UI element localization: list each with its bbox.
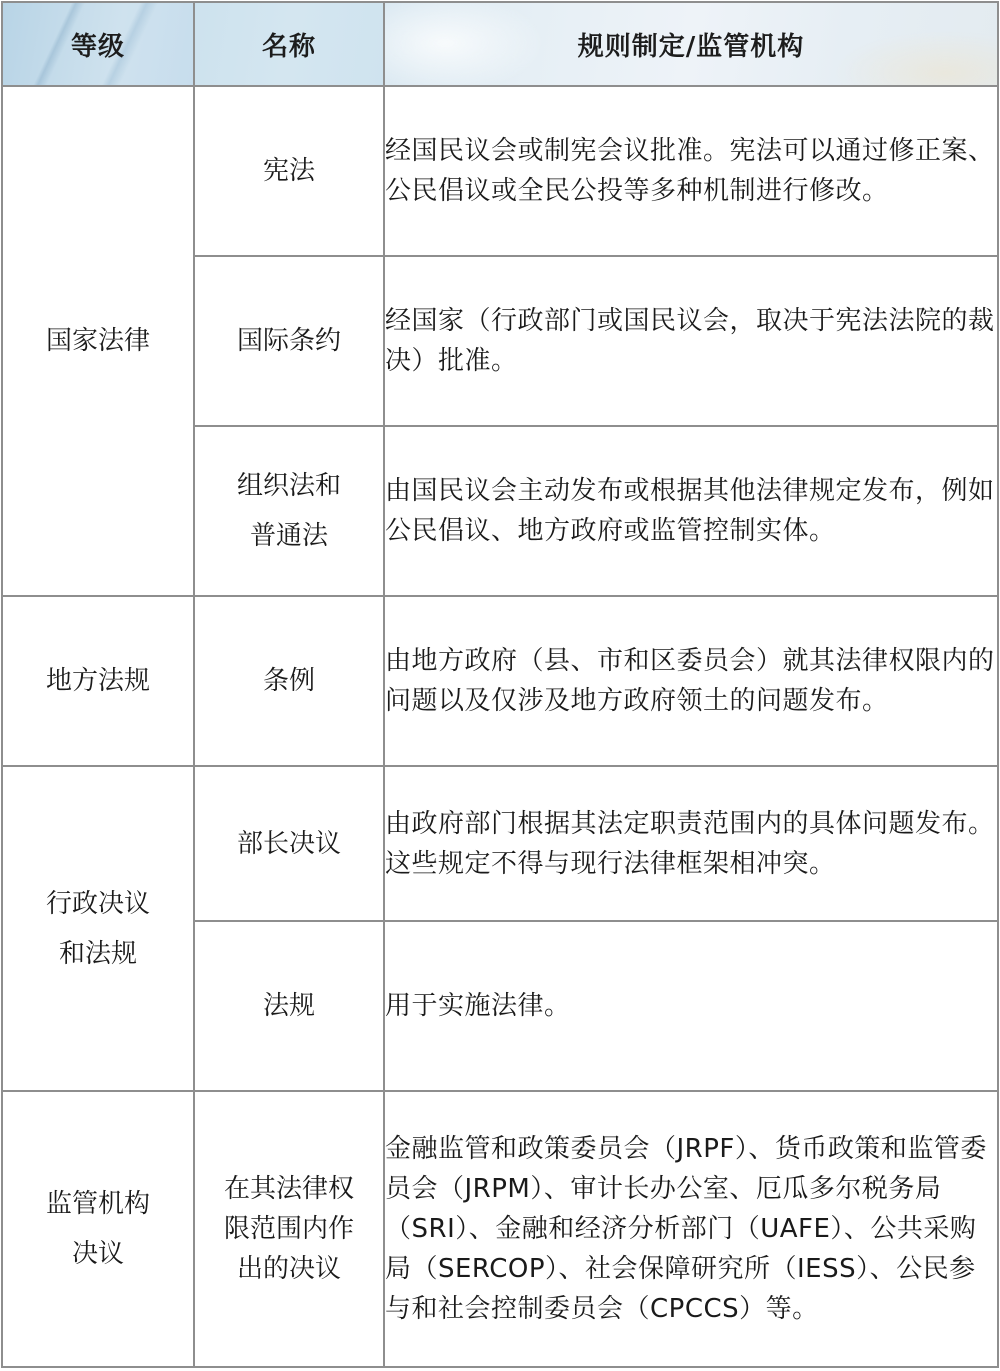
authority-cell: 由政府部门根据其法定职责范围内的具体问题发布。这些规定不得与现行法律框架相冲突。 bbox=[384, 766, 998, 921]
level-cell-national-law: 国家法律 bbox=[2, 86, 194, 596]
name-label: 组织法和普通法 bbox=[235, 461, 343, 561]
level-cell-administrative: 行政决议和法规 bbox=[2, 766, 194, 1091]
authority-text: 用于实施法律。 bbox=[385, 986, 997, 1026]
authority-cell: 用于实施法律。 bbox=[384, 921, 998, 1091]
name-cell-ministerial-resolution: 部长决议 bbox=[194, 766, 384, 921]
level-label: 国家法律 bbox=[3, 316, 193, 366]
level-label: 监管机构决议 bbox=[37, 1179, 159, 1279]
authority-cell: 由地方政府（县、市和区委员会）就其法律权限内的问题以及仅涉及地方政府领土的问题发… bbox=[384, 596, 998, 766]
name-label: 国际条约 bbox=[195, 316, 383, 366]
name-label: 宪法 bbox=[195, 146, 383, 196]
authority-text: 由国民议会主动发布或根据其他法律规定发布，例如公民倡议、地方政府或监管控制实体。 bbox=[385, 471, 997, 551]
authority-text: 经国民议会或制宪会议批准。宪法可以通过修正案、公民倡议或全民公投等多种机制进行修… bbox=[385, 131, 997, 211]
table-row: 地方法规 条例 由地方政府（县、市和区委员会）就其法律权限内的问题以及仅涉及地方… bbox=[2, 596, 998, 766]
authority-cell: 经国民议会或制宪会议批准。宪法可以通过修正案、公民倡议或全民公投等多种机制进行修… bbox=[384, 86, 998, 256]
name-label: 部长决议 bbox=[195, 819, 383, 869]
authority-cell: 由国民议会主动发布或根据其他法律规定发布，例如公民倡议、地方政府或监管控制实体。 bbox=[384, 426, 998, 596]
name-cell-resolutions-within-authority: 在其法律权限范围内作出的决议 bbox=[194, 1091, 384, 1367]
level-cell-local-regulations: 地方法规 bbox=[2, 596, 194, 766]
table-row: 监管机构决议 在其法律权限范围内作出的决议 金融监管和政策委员会（JRPF）、货… bbox=[2, 1091, 998, 1367]
authority-cell: 金融监管和政策委员会（JRPF）、货币政策和监管委员会（JRPM）、审计长办公室… bbox=[384, 1091, 998, 1367]
name-cell-ordinance: 条例 bbox=[194, 596, 384, 766]
name-label: 法规 bbox=[195, 981, 383, 1031]
level-label: 行政决议和法规 bbox=[37, 879, 159, 979]
level-cell-regulatory-bodies: 监管机构决议 bbox=[2, 1091, 194, 1367]
table-body: 国家法律 宪法 经国民议会或制宪会议批准。宪法可以通过修正案、公民倡议或全民公投… bbox=[2, 86, 998, 1367]
header-authority: 规则制定/监管机构 bbox=[384, 2, 998, 86]
table-header: 等级 名称 规则制定/监管机构 bbox=[2, 2, 998, 86]
table-row: 国家法律 宪法 经国民议会或制宪会议批准。宪法可以通过修正案、公民倡议或全民公投… bbox=[2, 86, 998, 256]
name-cell-constitution: 宪法 bbox=[194, 86, 384, 256]
table-row: 行政决议和法规 部长决议 由政府部门根据其法定职责范围内的具体问题发布。这些规定… bbox=[2, 766, 998, 921]
authority-cell: 经国家（行政部门或国民议会，取决于宪法法院的裁决）批准。 bbox=[384, 256, 998, 426]
header-row: 等级 名称 规则制定/监管机构 bbox=[2, 2, 998, 86]
level-label: 地方法规 bbox=[3, 656, 193, 706]
name-label: 在其法律权限范围内作出的决议 bbox=[213, 1169, 365, 1289]
authority-text: 经国家（行政部门或国民议会，取决于宪法法院的裁决）批准。 bbox=[385, 301, 997, 381]
name-label: 条例 bbox=[195, 656, 383, 706]
name-cell-organic-ordinary-law: 组织法和普通法 bbox=[194, 426, 384, 596]
name-cell-international-treaty: 国际条约 bbox=[194, 256, 384, 426]
authority-text: 金融监管和政策委员会（JRPF）、货币政策和监管委员会（JRPM）、审计长办公室… bbox=[385, 1129, 997, 1329]
legal-hierarchy-table: 等级 名称 规则制定/监管机构 国家法律 宪法 经国民议会或制宪会议批准。宪法可… bbox=[1, 1, 999, 1368]
authority-text: 由政府部门根据其法定职责范围内的具体问题发布。这些规定不得与现行法律框架相冲突。 bbox=[385, 804, 997, 884]
header-level: 等级 bbox=[2, 2, 194, 86]
header-name: 名称 bbox=[194, 2, 384, 86]
name-cell-regulation: 法规 bbox=[194, 921, 384, 1091]
authority-text: 由地方政府（县、市和区委员会）就其法律权限内的问题以及仅涉及地方政府领土的问题发… bbox=[385, 641, 997, 721]
